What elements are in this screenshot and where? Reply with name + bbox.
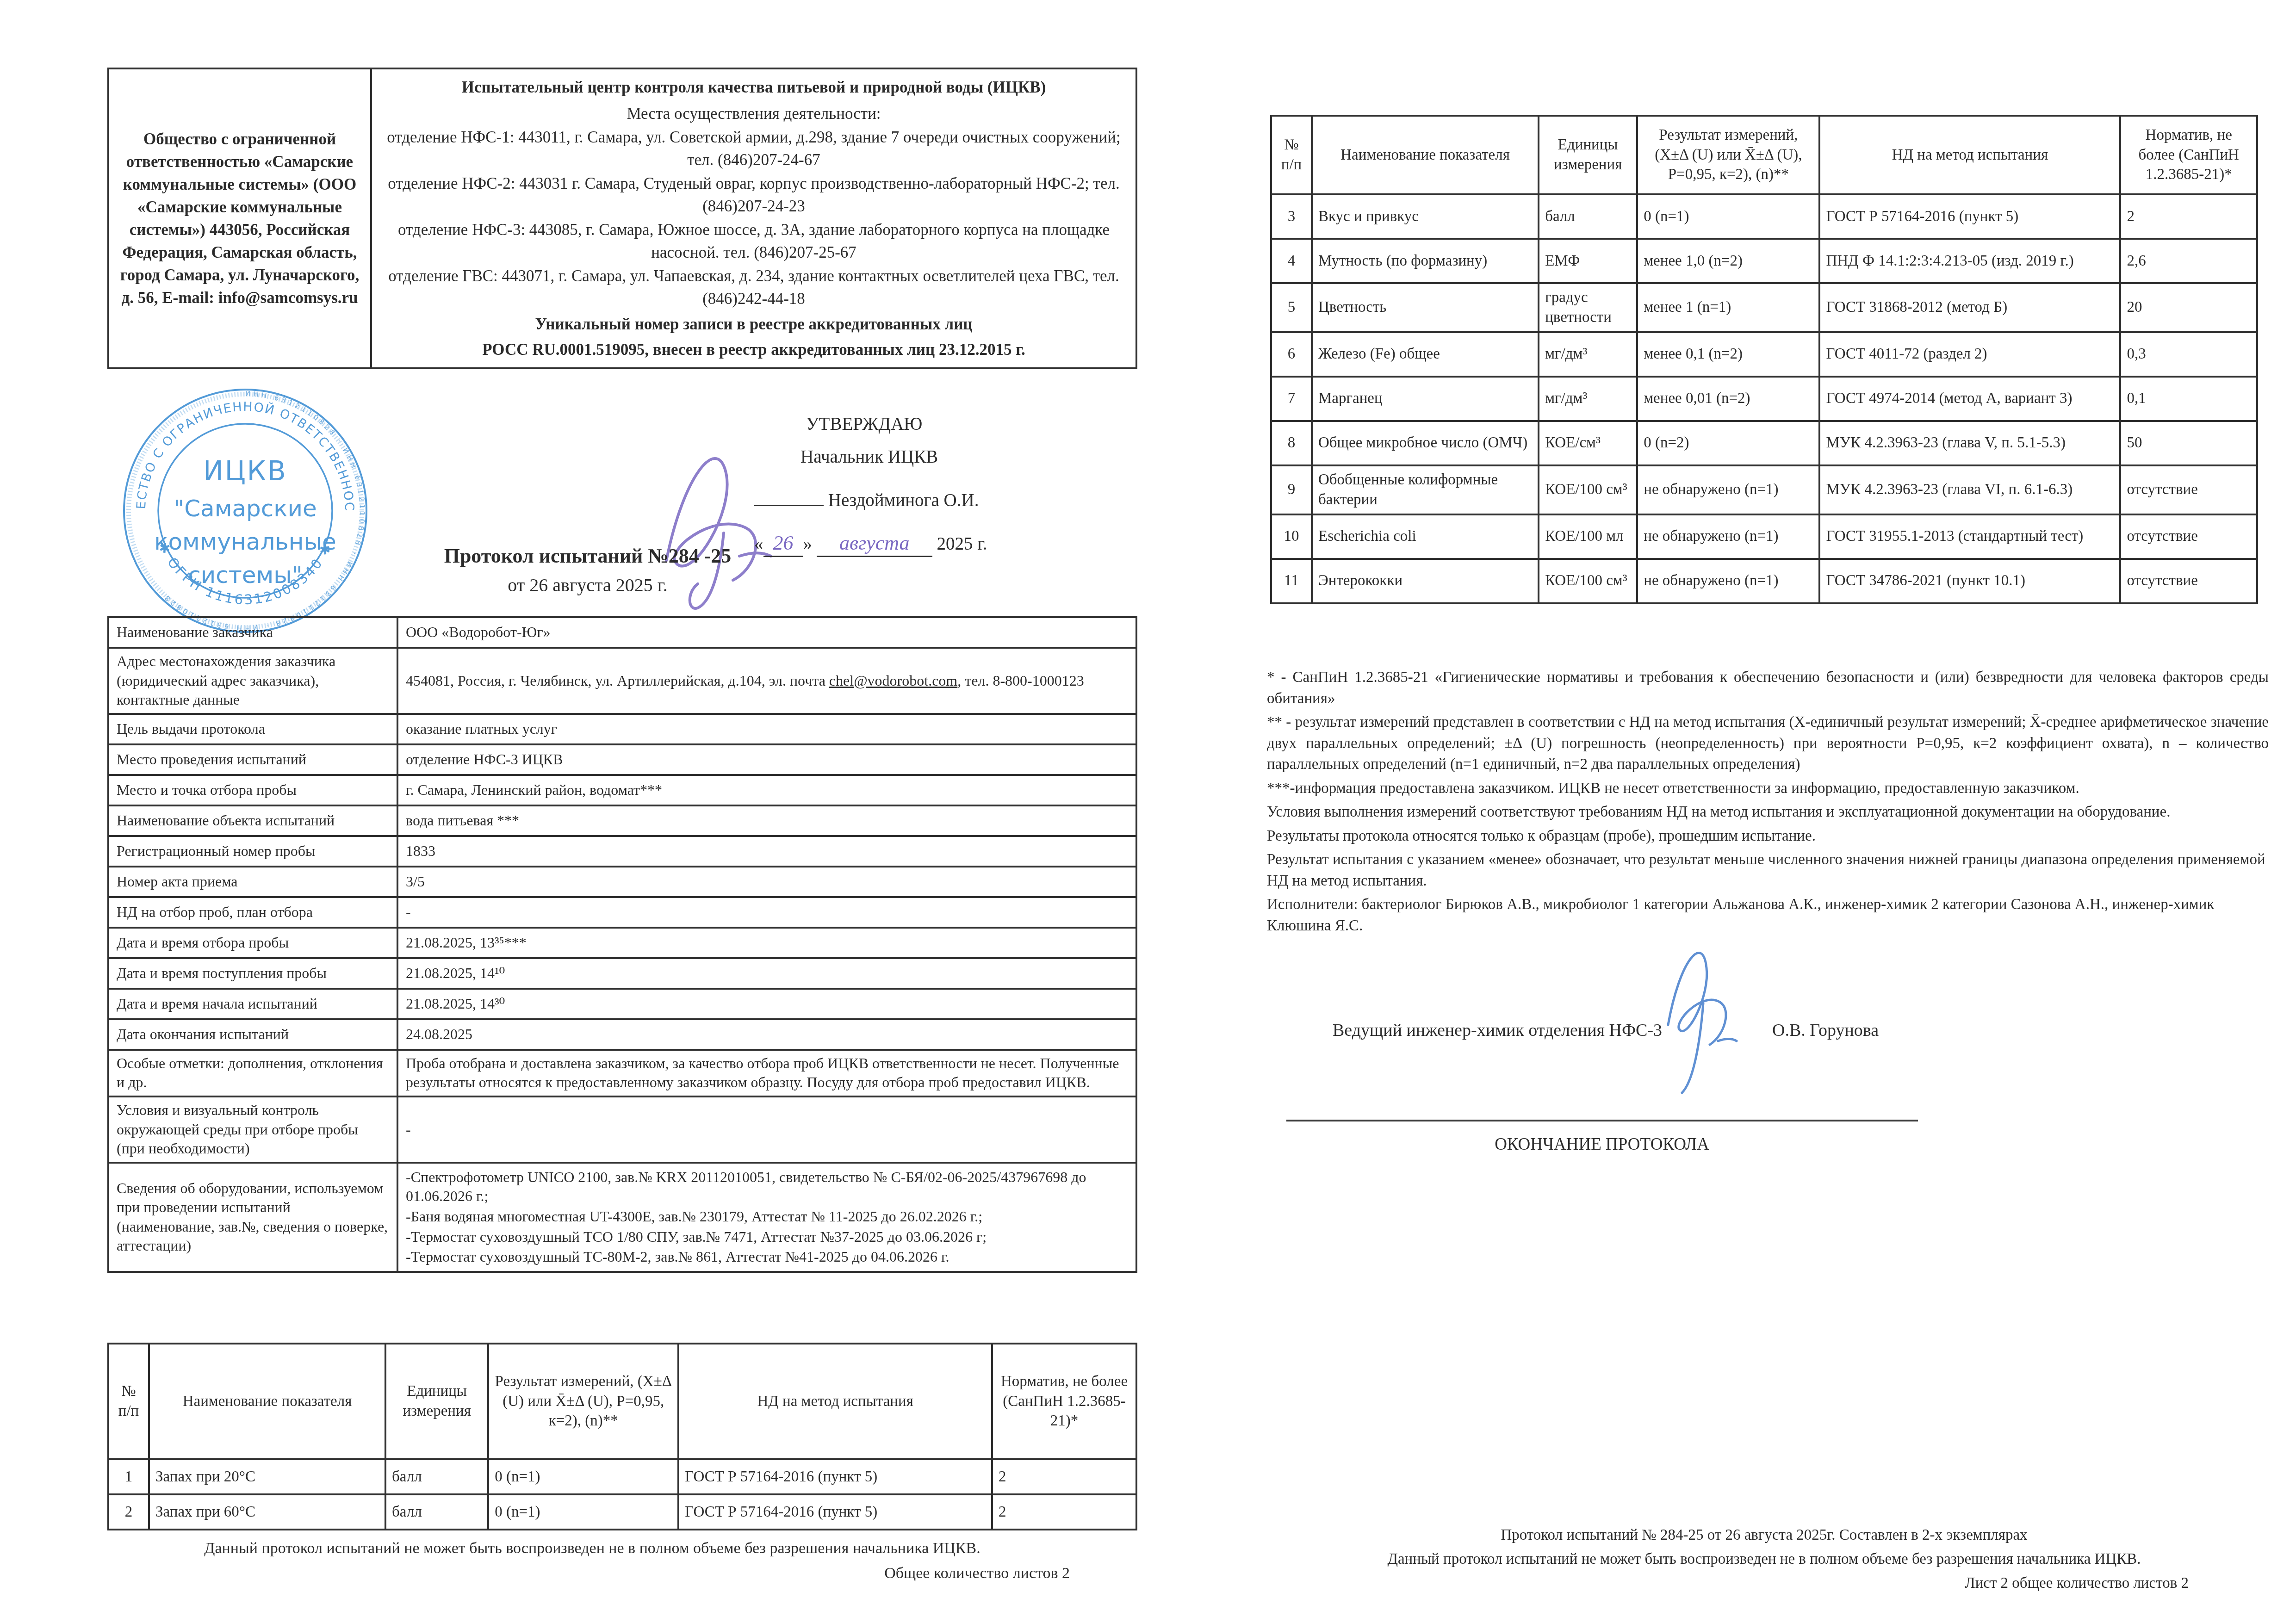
row-num: 3 xyxy=(1271,194,1312,239)
col-header-norm: Норматив, не более (СанПиН 1.2.3685-21)* xyxy=(992,1344,1136,1459)
info-value: 3/5 xyxy=(397,867,1136,897)
page1-footer-note: Данный протокол испытаний не может быть … xyxy=(153,1540,1032,1557)
table-row: 7 Марганец мг/дм³ менее 0,01 (n=2) ГОСТ … xyxy=(1271,377,2257,421)
footnote-samples: Результаты протокола относятся только к … xyxy=(1267,826,2269,847)
indicator-name: Escherichia coli xyxy=(1312,514,1539,559)
table-row: Регистрационный номер пробы 1833 xyxy=(108,836,1136,867)
col-header-method: НД на метод испытания xyxy=(1819,116,2120,194)
info-label: Место и точка отбора пробы xyxy=(108,775,397,805)
measurement-result: не обнаружено (n=1) xyxy=(1637,559,1819,603)
location-line: отделение ГВС: 443071, г. Самара, ул. Ча… xyxy=(382,265,1125,310)
info-label: Сведения об оборудовании, используемом п… xyxy=(108,1163,397,1272)
units: КОЕ/см³ xyxy=(1539,421,1637,465)
footnotes-block: * - СанПиН 1.2.3685-21 «Гигиенические но… xyxy=(1267,667,2269,939)
info-label: Дата окончания испытаний xyxy=(108,1019,397,1050)
test-center-title: Испытательный центр контроля качества пи… xyxy=(382,76,1125,99)
col-header-result: Результат измерений, (Х±Δ (U) или X̄±Δ (… xyxy=(488,1344,678,1459)
table-row: Сведения об оборудовании, используемом п… xyxy=(108,1163,1136,1272)
table-row: Условия и визуальный контроль окружающей… xyxy=(108,1096,1136,1163)
norm-value: 0,3 xyxy=(2120,332,2257,377)
indicator-name: Мутность (по формазину) xyxy=(1312,239,1539,283)
equipment-item: -Термостат суховоздушный ТС-80М-2, зав.№… xyxy=(406,1247,1128,1267)
table-row: Адрес местонахождения заказчика (юридиче… xyxy=(108,648,1136,714)
activity-places-label: Места осуществления деятельности: xyxy=(382,102,1125,125)
info-label: Дата и время поступления пробы xyxy=(108,958,397,989)
approver-position: Начальник ИЦКВ xyxy=(800,446,1078,469)
row-num: 5 xyxy=(1271,283,1312,332)
units: градус цветности xyxy=(1539,283,1637,332)
info-value: 21.08.2025, 14¹⁰ xyxy=(397,958,1136,989)
info-label: Особые отметки: дополнения, отклонения и… xyxy=(108,1050,397,1096)
signer-name: О.В. Горунова xyxy=(1772,1020,1879,1041)
info-value: оказание платных услуг xyxy=(397,714,1136,744)
location-line: отделение НФС-2: 443031 г. Самара, Студе… xyxy=(382,172,1125,217)
norm-value: отсутствие xyxy=(2120,465,2257,514)
info-label: Наименование объекта испытаний xyxy=(108,805,397,836)
col-header-name: Наименование показателя xyxy=(1312,116,1539,194)
col-header-num: № п/п xyxy=(108,1344,149,1459)
table-row: 3 Вкус и привкус балл 0 (n=1) ГОСТ Р 571… xyxy=(1271,194,2257,239)
info-label: Место проведения испытаний xyxy=(108,744,397,775)
table-row: Место и точка отбора пробы г. Самара, Ле… xyxy=(108,775,1136,805)
equipment-item: -Спектрофотометр UNICO 2100, зав.№ KRX 2… xyxy=(406,1168,1128,1206)
company-round-stamp: ИНН 6312110828 · ИНН 6312110828 · ИНН 63… xyxy=(117,382,374,639)
units: балл xyxy=(1539,194,1637,239)
approval-heading: УТВЕРЖДАЮ xyxy=(806,413,1078,436)
approver-name-line: Нездойминога О.И. xyxy=(754,489,1078,512)
measurement-result: 0 (n=1) xyxy=(1637,194,1819,239)
norm-value: отсутствие xyxy=(2120,514,2257,559)
test-method: МУК 4.2.3963-23 (глава VI, п. 6.1-6.3) xyxy=(1819,465,2120,514)
page2-footer-copies: Протокол испытаний № 284-25 от 26 август… xyxy=(1270,1527,2258,1544)
col-header-norm: Норматив, не более (СанПиН 1.2.3685-21)* xyxy=(2120,116,2257,194)
equipment-item: -Баня водяная многоместная UT-4300E, зав… xyxy=(406,1207,1128,1227)
test-center-box: Испытательный центр контроля качества пи… xyxy=(371,68,1136,368)
units: КОЕ/100 мл xyxy=(1539,514,1637,559)
location-line: отделение НФС-3: 443085, г. Самара, Южно… xyxy=(382,218,1125,264)
row-num: 9 xyxy=(1271,465,1312,514)
organization-box: Общество с ограниченной ответственностью… xyxy=(108,68,371,368)
table-row: 6 Железо (Fe) общее мг/дм³ менее 0,1 (n=… xyxy=(1271,332,2257,377)
accreditation-line-1: Уникальный номер записи в реестре аккред… xyxy=(382,313,1125,335)
table-row: Наименование объекта испытаний вода пить… xyxy=(108,805,1136,836)
page1-sheet-count: Общее количество листов 2 xyxy=(107,1565,1070,1582)
info-value: - xyxy=(397,897,1136,928)
stamp-ring-text-top: ОБЩЕСТВО С ОГРАНИЧЕННОЙ ОТВЕТСТВЕННОСТЬЮ xyxy=(117,382,356,512)
page2-sheet-count: Лист 2 общее количество листов 2 xyxy=(1270,1575,2258,1592)
units: балл xyxy=(385,1494,488,1530)
test-method: ГОСТ Р 57164-2016 (пункт 5) xyxy=(1819,194,2120,239)
organization-name: Общество с ограниченной ответственностью… xyxy=(120,130,360,307)
indicator-name: Запах при 20°С xyxy=(149,1459,385,1494)
info-value: 24.08.2025 xyxy=(397,1019,1136,1050)
protocol-number-title: Протокол испытаний №284 -25 xyxy=(153,544,1023,568)
info-value: Проба отобрана и доставлена заказчиком, … xyxy=(397,1050,1136,1096)
table-row: Дата окончания испытаний 24.08.2025 xyxy=(108,1019,1136,1050)
end-of-protocol-rule xyxy=(1286,1120,1918,1121)
customer-email: chel@vodorobot.com xyxy=(829,672,957,689)
info-label: Адрес местонахождения заказчика (юридиче… xyxy=(108,648,397,714)
info-value: 454081, Россия, г. Челябинск, ул. Артилл… xyxy=(397,648,1136,714)
info-value: вода питьевая *** xyxy=(397,805,1136,836)
measurement-result: не обнаружено (n=1) xyxy=(1637,514,1819,559)
table-row: 5 Цветность градус цветности менее 1 (n=… xyxy=(1271,283,2257,332)
table-row: Общество с ограниченной ответственностью… xyxy=(108,68,1136,368)
footnote-measurement: ** - результат измерений представлен в с… xyxy=(1267,712,2269,775)
info-value: 21.08.2025, 13³⁵*** xyxy=(397,928,1136,958)
test-method: ГОСТ 34786-2021 (пункт 10.1) xyxy=(1819,559,2120,603)
footnote-customer-info: ***-информация предоставлена заказчиком.… xyxy=(1267,778,2269,799)
footnote-conditions: Условия выполнения измерений соответству… xyxy=(1267,802,2269,823)
table-row: 1 Запах при 20°С балл 0 (n=1) ГОСТ Р 571… xyxy=(108,1459,1136,1494)
indicator-name: Обобщенные колиформные бактерии xyxy=(1312,465,1539,514)
info-label: Цель выдачи протокола xyxy=(108,714,397,744)
page2-footer-note: Данный протокол испытаний не может быть … xyxy=(1270,1551,2258,1568)
footnote-less-than: Результат испытания с указанием «менее» … xyxy=(1267,849,2269,892)
letterhead-table: Общество с ограниченной ответственностью… xyxy=(107,68,1137,369)
document-title-block: Протокол испытаний №284 -25 от 26 август… xyxy=(153,544,1023,596)
norm-value: 2,6 xyxy=(2120,239,2257,283)
table-row: Место проведения испытаний отделение НФС… xyxy=(108,744,1136,775)
info-value: 21.08.2025, 14³⁰ xyxy=(397,989,1136,1019)
norm-value: 0,1 xyxy=(2120,377,2257,421)
protocol-date-subtitle: от 26 августа 2025 г. xyxy=(153,574,1023,596)
indicator-name: Вкус и привкус xyxy=(1312,194,1539,239)
customer-phone: , тел. 8-800-1000123 xyxy=(957,672,1084,689)
row-num: 11 xyxy=(1271,559,1312,603)
col-header-units: Единицы измерения xyxy=(1539,116,1637,194)
info-label: Наименование заказчика xyxy=(108,617,397,648)
units: мг/дм³ xyxy=(1539,332,1637,377)
info-value: 1833 xyxy=(397,836,1136,867)
row-num: 10 xyxy=(1271,514,1312,559)
table-row: Дата и время отбора пробы 21.08.2025, 13… xyxy=(108,928,1136,958)
indicator-name: Энтерококки xyxy=(1312,559,1539,603)
info-label: Номер акта приема xyxy=(108,867,397,897)
norm-value: 2 xyxy=(992,1494,1136,1530)
signer-role: Ведущий инженер-химик отделения НФС-3 xyxy=(1333,1020,1662,1041)
info-label: Регистрационный номер пробы xyxy=(108,836,397,867)
units: балл xyxy=(385,1459,488,1494)
table-row: НД на отбор проб, план отбора - xyxy=(108,897,1136,928)
measurement-result: менее 0,01 (n=2) xyxy=(1637,377,1819,421)
col-header-result: Результат измерений, (Х±Δ (U) или X̄±Δ (… xyxy=(1637,116,1819,194)
table-row: Цель выдачи протокола оказание платных у… xyxy=(108,714,1136,744)
table-row: 8 Общее микробное число (ОМЧ) КОЕ/см³ 0 … xyxy=(1271,421,2257,465)
col-header-units: Единицы измерения xyxy=(385,1344,488,1459)
stamp-center-line-1: ИЦКВ xyxy=(203,455,287,487)
table-row: 2 Запах при 60°С балл 0 (n=1) ГОСТ Р 571… xyxy=(108,1494,1136,1530)
measurement-result: 0 (n=2) xyxy=(1637,421,1819,465)
stamp-center-line-2: "Самарские xyxy=(174,495,317,522)
measurement-result: 0 (n=1) xyxy=(488,1494,678,1530)
info-value: г. Самара, Ленинский район, водомат*** xyxy=(397,775,1136,805)
results-table-page2: № п/п Наименование показателя Единицы из… xyxy=(1270,115,2258,604)
location-line: отделение НФС-1: 443011, г. Самара, ул. … xyxy=(382,126,1125,171)
equipment-item: -Термостат суховоздушный ТСО 1/80 СПУ, з… xyxy=(406,1227,1128,1247)
table-row: Наименование заказчика ООО «Водоробот-Юг… xyxy=(108,617,1136,648)
equipment-list: -Спектрофотометр UNICO 2100, зав.№ KRX 2… xyxy=(397,1163,1136,1272)
row-num: 4 xyxy=(1271,239,1312,283)
col-header-method: НД на метод испытания xyxy=(678,1344,992,1459)
footnote-executors: Исполнители: бактериолог Бирюков А.В., м… xyxy=(1267,894,2269,936)
units: ЕМФ xyxy=(1539,239,1637,283)
engineer-signature-ink xyxy=(1640,925,1751,1120)
test-method: ГОСТ 4974-2014 (метод А, вариант 3) xyxy=(1819,377,2120,421)
table-row: Особые отметки: дополнения, отклонения и… xyxy=(108,1050,1136,1096)
test-method: ГОСТ Р 57164-2016 (пункт 5) xyxy=(678,1494,992,1530)
norm-value: 20 xyxy=(2120,283,2257,332)
row-num: 8 xyxy=(1271,421,1312,465)
measurement-result: 0 (n=1) xyxy=(488,1459,678,1494)
footnote-sanpin: * - СанПиН 1.2.3685-21 «Гигиенические но… xyxy=(1267,667,2269,709)
test-method: ГОСТ 4011-72 (раздел 2) xyxy=(1819,332,2120,377)
row-num: 1 xyxy=(108,1459,149,1494)
table-row: 10 Escherichia coli КОЕ/100 мл не обнару… xyxy=(1271,514,2257,559)
indicator-name: Цветность xyxy=(1312,283,1539,332)
approval-block: УТВЕРЖДАЮ Начальник ИЦКВ Нездойминога О.… xyxy=(754,413,1078,557)
measurement-result: менее 1,0 (n=2) xyxy=(1637,239,1819,283)
info-value: отделение НФС-3 ИЦКВ xyxy=(397,744,1136,775)
indicator-name: Общее микробное число (ОМЧ) xyxy=(1312,421,1539,465)
table-row: 11 Энтерококки КОЕ/100 см³ не обнаружено… xyxy=(1271,559,2257,603)
units: КОЕ/100 см³ xyxy=(1539,465,1637,514)
norm-value: 50 xyxy=(2120,421,2257,465)
table-row: Дата и время начала испытаний 21.08.2025… xyxy=(108,989,1136,1019)
norm-value: отсутствие xyxy=(2120,559,2257,603)
customer-address: 454081, Россия, г. Челябинск, ул. Артилл… xyxy=(406,672,829,689)
test-method: ГОСТ 31955.1-2013 (стандартный тест) xyxy=(1819,514,2120,559)
test-method: МУК 4.2.3963-23 (глава V, п. 5.1-5.3) xyxy=(1819,421,2120,465)
row-num: 6 xyxy=(1271,332,1312,377)
measurement-result: не обнаружено (n=1) xyxy=(1637,465,1819,514)
table-row: 4 Мутность (по формазину) ЕМФ менее 1,0 … xyxy=(1271,239,2257,283)
info-label: Дата и время начала испытаний xyxy=(108,989,397,1019)
col-header-num: № п/п xyxy=(1271,116,1312,194)
info-label: Дата и время отбора пробы xyxy=(108,928,397,958)
info-label: НД на отбор проб, план отбора xyxy=(108,897,397,928)
sample-info-table: Наименование заказчика ООО «Водоробот-Юг… xyxy=(107,616,1137,1273)
row-num: 2 xyxy=(108,1494,149,1530)
test-method: ГОСТ Р 57164-2016 (пункт 5) xyxy=(678,1459,992,1494)
norm-value: 2 xyxy=(992,1459,1136,1494)
info-value: - xyxy=(397,1096,1136,1163)
results-table-page1: № п/п Наименование показателя Единицы из… xyxy=(107,1343,1137,1530)
table-row: Номер акта приема 3/5 xyxy=(108,867,1136,897)
measurement-result: менее 1 (n=1) xyxy=(1637,283,1819,332)
info-value: ООО «Водоробот-Юг» xyxy=(397,617,1136,648)
approver-name: Нездойминога О.И. xyxy=(828,490,979,510)
indicator-name: Марганец xyxy=(1312,377,1539,421)
test-method: ПНД Ф 14.1:2:3:4.213-05 (изд. 2019 г.) xyxy=(1819,239,2120,283)
units: КОЕ/100 см³ xyxy=(1539,559,1637,603)
info-label: Условия и визуальный контроль окружающей… xyxy=(108,1096,397,1163)
col-header-name: Наименование показателя xyxy=(149,1344,385,1459)
units: мг/дм³ xyxy=(1539,377,1637,421)
norm-value: 2 xyxy=(2120,194,2257,239)
signature-line xyxy=(754,489,824,506)
row-num: 7 xyxy=(1271,377,1312,421)
table-header-row: № п/п Наименование показателя Единицы из… xyxy=(1271,116,2257,194)
table-row: 9 Обобщенные колиформные бактерии КОЕ/10… xyxy=(1271,465,2257,514)
end-of-protocol-label: ОКОНЧАНИЕ ПРОТОКОЛА xyxy=(1371,1134,1833,1154)
test-method: ГОСТ 31868-2012 (метод Б) xyxy=(1819,283,2120,332)
accreditation-line-2: РОСС RU.0001.519095, внесен в реестр акк… xyxy=(382,338,1125,361)
measurement-result: менее 0,1 (n=2) xyxy=(1637,332,1819,377)
table-header-row: № п/п Наименование показателя Единицы из… xyxy=(108,1344,1136,1459)
scanned-protocol-document: Общество с ограниченной ответственностью… xyxy=(0,0,2296,1623)
table-row: Дата и время поступления пробы 21.08.202… xyxy=(108,958,1136,989)
indicator-name: Железо (Fe) общее xyxy=(1312,332,1539,377)
indicator-name: Запах при 60°С xyxy=(149,1494,385,1530)
